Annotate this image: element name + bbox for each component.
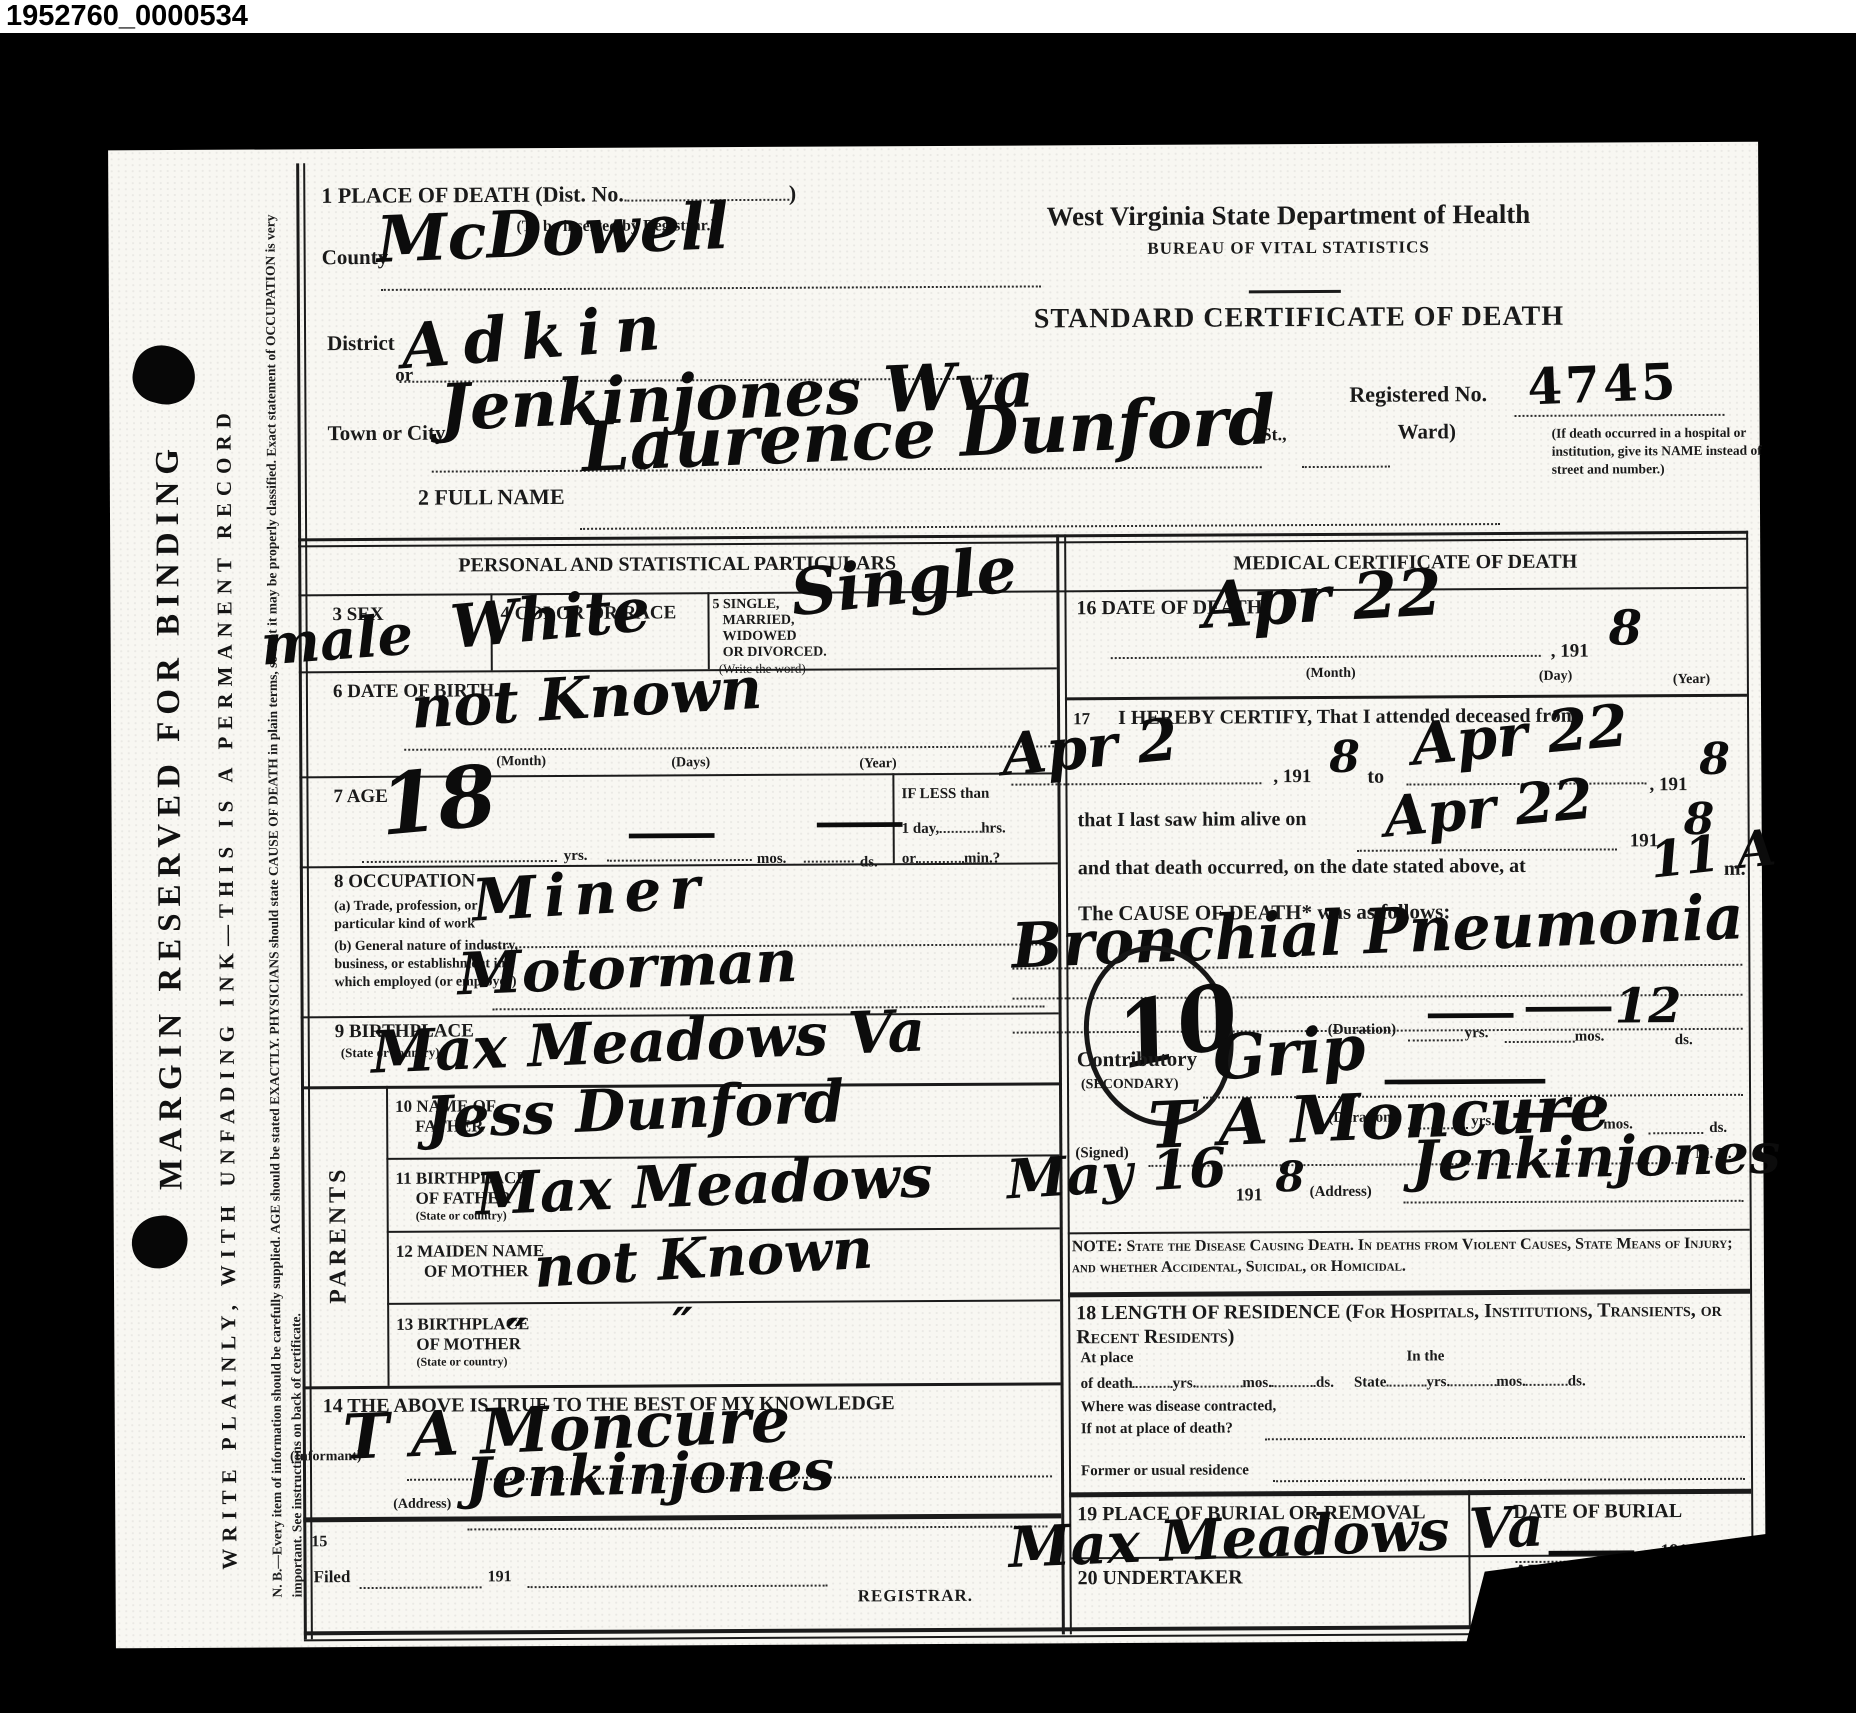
occ-a-line2: particular kind of work [334,916,475,933]
from-year-digit: 8 [1329,732,1360,783]
saw-value: Apr 22 [1381,766,1596,851]
county-leader [381,285,1041,290]
fifteen-label: 15 [311,1533,327,1551]
cause-dur-ds-value: 12 [1614,978,1681,1034]
dept-title: West Virginia State Department of Health [988,199,1588,233]
hrs-label: hrs. [981,820,1006,836]
occupation-label: 8 OCCUPATION [334,870,475,893]
cause-dur-mos: mos. [1575,1029,1605,1046]
mother-name-label-2: OF MOTHER [424,1261,529,1282]
rrule-1147 [1068,1289,1750,1297]
registrar-label: REGISTRAR. [858,1586,973,1607]
informant-address-label: (Address) [393,1497,451,1513]
if-not-label: If not at place of death? [1081,1420,1233,1438]
contributory-label: Contributory [1077,1047,1197,1073]
from-leader [1011,782,1261,785]
age-value: 18 [375,745,501,854]
filed-191: 191 [488,1568,512,1586]
occ-a-value: Miner [470,853,709,934]
age-ds-label: ds. [860,854,878,871]
dob-month-label: (Month) [496,754,546,770]
or-min-line: ormin.? [902,848,1001,868]
dod-month-label: (Month) [1306,666,1356,682]
age-leader-3 [804,860,854,862]
town-label: Town or City [328,421,446,447]
dod-year-digit: 8 [1608,600,1642,656]
registered-no-value: 4745 [1526,351,1679,416]
form-right-border [1746,531,1754,1631]
age-mos-dash: — [624,809,720,857]
district-or-label: or [395,365,413,387]
res-leader-3 [1272,1372,1316,1387]
dod-year-label: (Year) [1673,672,1710,688]
full-name-leader [580,523,1500,530]
rrule-552 [1065,694,1747,700]
residence-label: 18 LENGTH OF RESIDENCE (For Hospitals, I… [1076,1298,1752,1350]
mother-bp-ditto-1: ″ [506,1308,527,1362]
bureau-title: BUREAU OF VITAL STATISTICS [989,237,1589,260]
contracted-label: Where was disease contracted, [1081,1398,1277,1416]
res-yrs-1: yrs. [1173,1375,1197,1391]
signed-address-leader [1404,1200,1744,1204]
undertaker-label: 20 UNDERTAKER [1078,1566,1243,1590]
if-less-label: IF LESS than [901,786,989,803]
age-mos-label: mos. [757,851,787,868]
last-saw-text: that I last saw him alive on [1078,808,1307,832]
res-yrs-2: yrs. [1426,1374,1450,1390]
age-ds-dash: — [811,798,907,846]
signed-address-value: Jenkinjones [1411,1120,1782,1194]
min-label: min.? [964,850,1000,866]
informant-address-leader [467,1525,1047,1530]
former-leader [1273,1478,1745,1482]
state-label: State [1354,1374,1387,1390]
res-mos-1: mos. [1242,1375,1272,1391]
occ-b-value: Motorman [456,927,799,1009]
registered-no-label: Registered No. [1349,381,1487,408]
from-191: , 191 [1273,766,1311,788]
if-not-leader [1265,1436,1745,1441]
cause-dur-yrs-dash: — [1423,989,1519,1037]
punch-hole-top [127,340,201,411]
signed-date-value: May 16 [1005,1135,1228,1212]
signed-address-label: (Address) [1310,1184,1372,1201]
place-of-death-paren: ) [789,180,796,205]
document-id: 1952760_0000534 [6,0,248,33]
lrule-1154 [387,1299,1060,1305]
res-ds-2: ds. [1568,1373,1586,1389]
ward-label: Ward) [1398,419,1456,444]
res-ds-1: ds. [1316,1375,1334,1391]
dob-year-label: (Year) [859,756,896,772]
filed-leader-2 [528,1585,828,1589]
res-leader-1 [1133,1373,1173,1388]
cert-title: STANDARD CERTIFICATE OF DEATH [989,300,1609,335]
cause-dur-ds: ds. [1675,1032,1693,1049]
in-the-label: In the [1406,1348,1444,1365]
min-leader [916,848,964,863]
attended-from-value: Apr 2 [998,705,1180,789]
punch-hole-bottom [128,1212,191,1272]
rrule-1347 [1069,1489,1751,1497]
signed-191: 191 [1236,1184,1263,1205]
margin-binding-text: MARGIN RESERVED FOR BINDING [150,442,191,1190]
mother-name-label-1: 12 MAIDEN NAME [396,1241,544,1262]
occurred-text: and that death occurred, on the date sta… [1078,855,1526,880]
full-name-label: 2 FULL NAME [418,484,565,511]
parents-label: PARENTS [324,1085,353,1385]
dod-value: Apr 22 [1200,555,1443,644]
cause-dur-leader-2 [1505,1041,1575,1043]
marital-label-3: WIDOWED [723,629,797,645]
to-year-digit: 8 [1699,734,1730,785]
one-day-line: 1 day,hrs. [902,818,1006,838]
or-label: or [902,851,916,867]
res-leader-5 [1450,1371,1496,1386]
sex-value: male [258,602,415,679]
mother-bp-ditto-2: ″ [672,1297,693,1351]
res-leader-6 [1526,1371,1568,1386]
former-label: Former or usual residence [1081,1462,1249,1480]
hospital-note: (If death occurred in a hospital or inst… [1552,424,1762,480]
death-time-value: 11 A [1647,817,1778,889]
margin-write-plainly-text: WRITE PLAINLY, WITH UNFADING INK—THIS IS… [211,406,242,1570]
dod-leader [1111,655,1541,659]
hrs-leader [939,818,981,833]
signed-year-digit: 8 [1275,1152,1304,1201]
mother-bp-soc: (State or country) [416,1354,507,1369]
note-text: NOTE: State the Disease Causing Death. I… [1072,1234,1752,1279]
at-place-label: At place [1080,1350,1133,1367]
occ-a-line1: (a) Trade, profession, or [334,898,478,915]
vrule-parents [386,1086,390,1386]
marital-value: Single [787,532,1021,631]
mother-name-value: not Known [532,1216,874,1301]
bureau-underline [1249,290,1341,293]
race-value: White [448,575,653,663]
ward-leader [1302,466,1390,468]
cause-dur-leader-1 [1408,1039,1463,1041]
district-label: District [327,331,395,356]
filed-label: Filed [314,1567,351,1587]
dob-value: not Known [409,654,764,742]
residence-line: of deathyrs.mos.ds.Stateyrs.mos.ds. [1081,1371,1586,1393]
dob-days-label: (Days) [671,755,710,771]
dod-day-label: (Day) [1539,669,1573,685]
attended-to-value: Apr 22 [1408,691,1630,779]
dob-leader [404,745,1054,750]
dod-191: , 191 [1551,641,1589,663]
marital-label-1: 5 SINGLE, [712,597,779,613]
of-death-label: of death [1081,1376,1133,1392]
occurred-m-label: m. [1724,858,1746,881]
scan-id-bar: 1952760_0000534 [0,0,1856,33]
filed-leader-1 [360,1586,482,1589]
one-day-label: 1 day, [902,821,940,837]
informant-address-value: Jenkinjones [464,1437,835,1511]
marital-label-2: MARRIED, [723,613,795,629]
scanned-death-certificate: 1952760_0000534 MARGIN RESERVED FOR BIND… [0,0,1856,1713]
county-value: McDowell [375,189,730,278]
res-mos-2: mos. [1496,1374,1526,1390]
res-leader-2 [1196,1372,1242,1387]
cause-dur-mos-dash: — [1520,982,1616,1030]
certificate-paper: MARGIN RESERVED FOR BINDING WRITE PLAINL… [108,142,1766,1649]
res-leader-4 [1386,1371,1426,1386]
lrule-1368 [303,1513,1061,1521]
to-191: , 191 [1649,774,1687,796]
